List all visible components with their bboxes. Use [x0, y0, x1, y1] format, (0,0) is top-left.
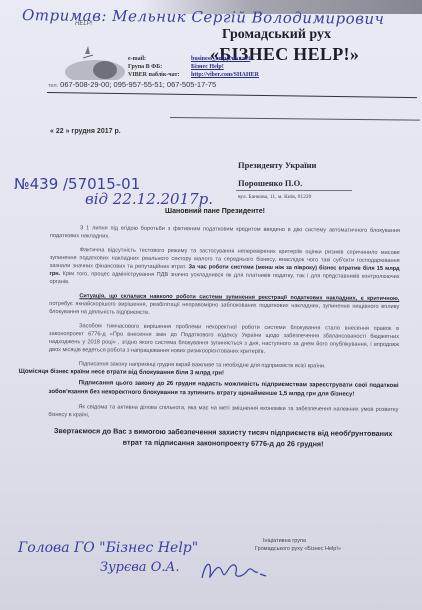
- contact-email-link[interactable]: business_help@ukr.net: [191, 56, 250, 62]
- addressee-address: вул. Банкова, 11, м. Київ, 01220: [238, 194, 311, 200]
- globe-logo-icon: [55, 40, 125, 80]
- phone-numbers: тел: 067-508-29-00; 095-957-55-51; 067-5…: [48, 80, 216, 89]
- addressee-name: Порошенко П.О.: [238, 178, 302, 188]
- signature-block-line1: Ініціативна група: [255, 537, 341, 545]
- signer-name-handwritten: Зурєва О.А.: [100, 560, 179, 575]
- letterhead-divider: [47, 92, 417, 98]
- logo-help-text: HELP!: [75, 21, 92, 27]
- paragraph-2: Фактична відсутність тестового режиму та…: [49, 246, 399, 289]
- letter-page: Отримав: Мельник Сергій Володимирович HE…: [0, 0, 422, 610]
- contact-fb-link[interactable]: Бізнес Help!: [191, 64, 224, 70]
- signature-block-line2: Громадського руху «Бізнес Help!»: [255, 545, 341, 553]
- addressee-title: Президенту України: [238, 160, 316, 170]
- paragraph-5: Підписання закону наприкінці грудня вкра…: [49, 360, 399, 380]
- letterhead-divider-2: [170, 117, 420, 121]
- chairman-handwritten: Голова ГО "Бізнес Help": [18, 540, 198, 556]
- paragraph-6: Підписання цього закону до 26 грудня над…: [48, 379, 398, 400]
- signature-icon: [198, 558, 278, 584]
- p3-text: потребує якнайскорішого вирішення, реабі…: [49, 301, 399, 316]
- p5-text: Підписання закону наприкінці грудня вкра…: [79, 361, 326, 369]
- signature-block: Ініціативна група Громадського руху «Біз…: [255, 537, 341, 553]
- contact-label-email: e-mail:: [128, 56, 146, 62]
- greeting: Шановний пане Президенте!: [0, 208, 422, 215]
- paragraph-3: Ситуація, що склалася навколо роботи сис…: [49, 292, 399, 319]
- paragraph-4: Засобом тимчасового вирішення проблеми н…: [49, 322, 399, 357]
- contact-viber-link[interactable]: http://viber.com/SHAHER: [191, 72, 259, 78]
- phones-label: тел:: [48, 83, 58, 89]
- phones-value: 067-508-29-00; 095-957-55-51; 067-505-17…: [60, 80, 216, 89]
- contact-label-fb: Група В ФБ:: [128, 64, 162, 70]
- paragraph-8-appeal: Звертаємося до Вас з вимогою забезпеченн…: [48, 425, 398, 450]
- letter-date: « 22 » грудня 2017 р.: [50, 128, 121, 135]
- p5-bold-text: Щомісяця бізнес країни несе втрати від б…: [19, 369, 224, 377]
- letter-body: З 1 липня під егідою боротьби з фіктивни…: [48, 224, 400, 456]
- paragraph-1: З 1 липня під егідою боротьби з фіктивни…: [50, 224, 400, 243]
- registration-date-handwritten: від 22.12.2017р.: [85, 190, 213, 208]
- contact-label-viber: VIBER паблік-чат:: [128, 72, 179, 78]
- org-name-line1: Громадський рух: [222, 27, 331, 43]
- p2-text-end: Крім того, процес адміністрування ПДВ зн…: [49, 271, 399, 285]
- addressee-underline: [236, 190, 352, 191]
- paragraph-7: Як свідома та активна ділова спільнота, …: [48, 403, 398, 422]
